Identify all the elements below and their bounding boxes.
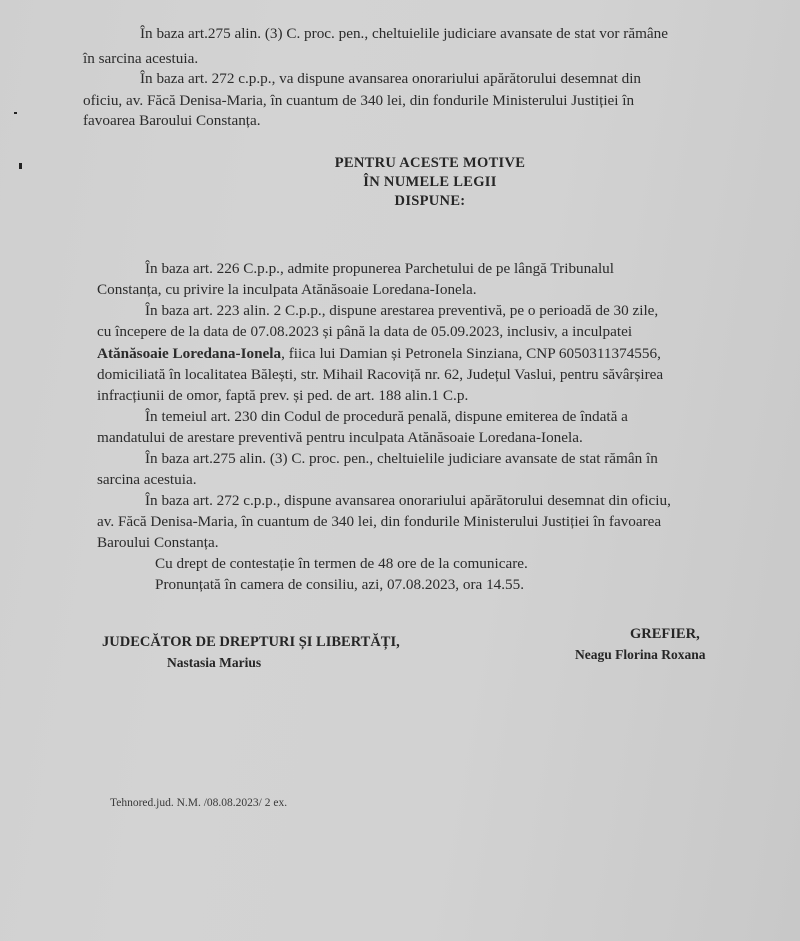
judge-name: Nastasia Marius	[167, 655, 261, 671]
document-page: În baza art.275 alin. (3) C. proc. pen.,…	[0, 0, 800, 941]
paragraph-line: oficiu, av. Făcă Denisa-Maria, în cuantu…	[83, 92, 634, 110]
defendant-name: Atănăsoaie Loredana-Ionela	[97, 345, 281, 362]
clerk-name: Neagu Florina Roxana	[575, 647, 706, 663]
paragraph-line: Pronunțată în camera de consiliu, azi, 0…	[155, 576, 524, 594]
paragraph-line: av. Făcă Denisa-Maria, în cuantum de 340…	[97, 513, 661, 531]
paragraph-line: În baza art.275 alin. (3) C. proc. pen.,…	[145, 450, 658, 468]
paragraph-line: infracțiunii de omor, faptă prev. și ped…	[97, 387, 468, 405]
paragraph-line: În baza art.275 alin. (3) C. proc. pen.,…	[140, 25, 668, 43]
heading-line: PENTRU ACESTE MOTIVE	[30, 155, 800, 172]
paragraph-line: mandatului de arestare preventivă pentru…	[97, 429, 583, 447]
paragraph-line: Constanța, cu privire la inculpata Atănă…	[97, 281, 477, 299]
judge-title: JUDECĂTOR DE DREPTURI ȘI LIBERTĂȚI,	[102, 634, 400, 651]
paragraph-line: Baroului Constanța.	[97, 534, 219, 552]
heading-line: ÎN NUMELE LEGII	[30, 174, 800, 191]
margin-mark	[14, 112, 17, 114]
paragraph-line: În baza art. 272 c.p.p., va dispune avan…	[140, 70, 641, 88]
paragraph-line: sarcina acestuia.	[97, 471, 197, 489]
clerk-title: GREFIER,	[630, 626, 700, 643]
paragraph-text: , fiica lui Damian și Petronela Sinziana…	[281, 345, 661, 362]
paragraph-line: domiciliată în localitatea Bălești, str.…	[97, 366, 663, 384]
paragraph-line: în sarcina acestuia.	[83, 50, 198, 68]
paragraph-line: În baza art. 223 alin. 2 C.p.p., dispune…	[145, 302, 658, 320]
heading-line: DISPUNE:	[30, 193, 800, 210]
paragraph-line: În baza art. 226 C.p.p., admite propuner…	[145, 260, 614, 278]
paragraph-line: În temeiul art. 230 din Codul de procedu…	[145, 408, 628, 426]
paragraph-line: În baza art. 272 c.p.p., dispune avansar…	[145, 492, 671, 510]
paragraph-line: favoarea Baroului Constanța.	[83, 112, 261, 130]
margin-mark	[19, 163, 22, 169]
paragraph-line: Atănăsoaie Loredana-Ionela, fiica lui Da…	[97, 345, 661, 363]
tehnoredactare-note: Tehnored.jud. N.M. /08.08.2023/ 2 ex.	[110, 797, 287, 809]
paragraph-line: cu începere de la data de 07.08.2023 și …	[97, 323, 632, 341]
paragraph-line: Cu drept de contestație în termen de 48 …	[155, 555, 528, 573]
